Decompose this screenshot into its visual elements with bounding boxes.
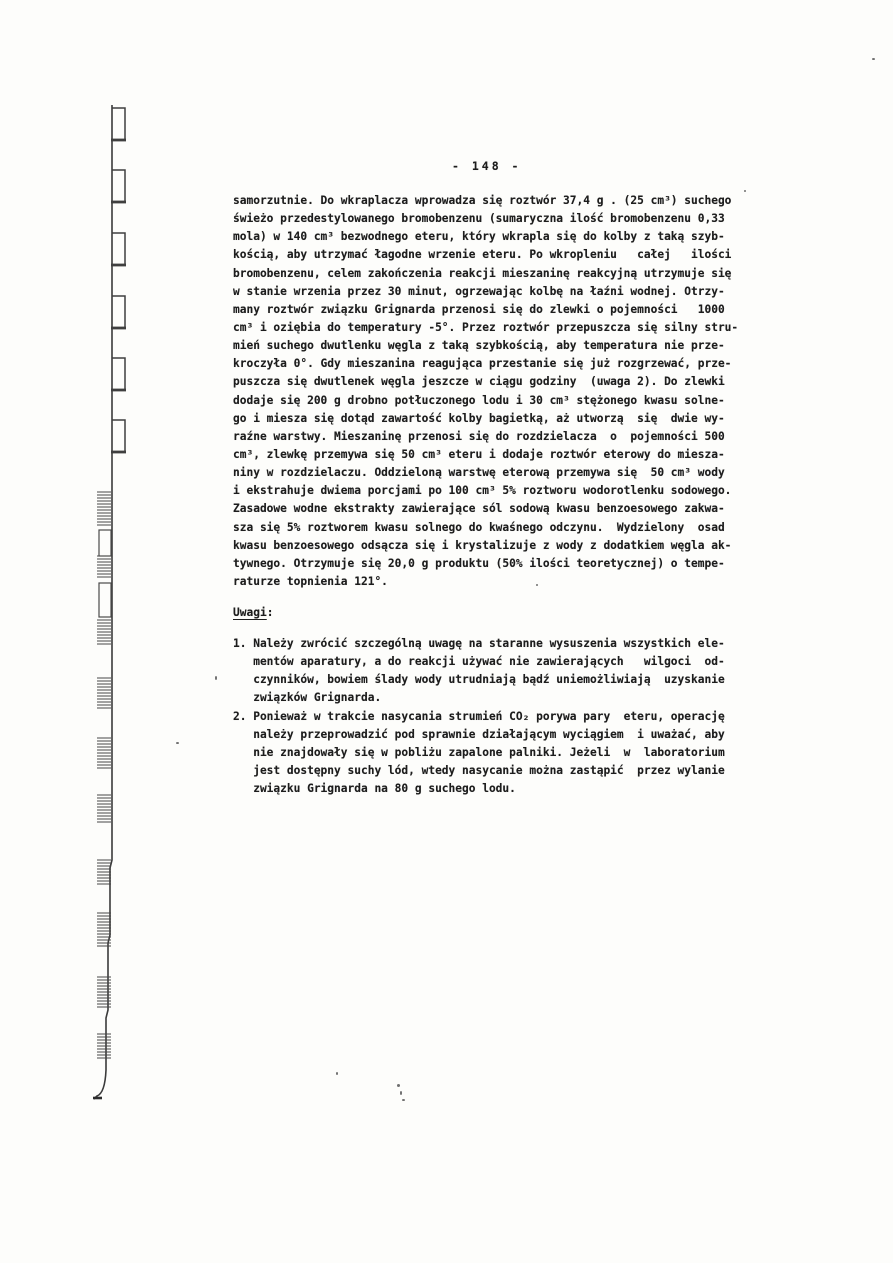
text-line: czynników, bowiem ślady wody utrudniają … <box>233 671 725 689</box>
text-line: mentów aparatury, a do reakcji używać ni… <box>233 653 725 671</box>
scanned-page: - 148 - samorzutnie. Do wkraplacza wprow… <box>0 0 893 1263</box>
text-line: niny w rozdzielaczu. Oddzieloną warstwę … <box>233 464 738 482</box>
text-line: sza się 5% roztworem kwasu solnego do kw… <box>233 519 738 537</box>
text-line: go i miesza się dotąd zawartość kolby ba… <box>233 410 738 428</box>
binding-edge <box>80 90 140 1120</box>
text-line: w stanie wrzenia przez 30 minut, ogrzewa… <box>233 283 738 301</box>
text-line: kroczyła 0°. Gdy mieszanina reagująca pr… <box>233 355 738 373</box>
text-line: cm³ i oziębia do temperatury -5°. Przez … <box>233 319 738 337</box>
notes-heading-colon: : <box>267 606 274 619</box>
main-paragraph: samorzutnie. Do wkraplacza wprowadza się… <box>233 192 738 591</box>
scan-speck <box>744 190 746 192</box>
scan-speck <box>400 1091 402 1095</box>
notes-heading-word: Uwagi <box>233 606 267 619</box>
text-line: kwasu benzoesowego odsącza się i krystal… <box>233 537 738 555</box>
text-line: i ekstrahuje dwiema porcjami po 100 cm³ … <box>233 482 738 500</box>
text-line: mola) w 140 cm³ bezwodnego eteru, który … <box>233 228 738 246</box>
text-line: 1. Należy zwrócić szczególną uwagę na st… <box>233 635 725 653</box>
scan-speck <box>336 1072 338 1075</box>
text-line: tywnego. Otrzymuje się 20,0 g produktu (… <box>233 555 738 573</box>
binding-marks-drawing <box>80 90 140 1120</box>
text-line: jest dostępny suchy lód, wtedy nasycanie… <box>233 762 725 780</box>
text-line: raturze topnienia 121°. <box>233 573 738 591</box>
text-line: mień suchego dwutlenku węgla z taką szyb… <box>233 337 738 355</box>
scan-speck <box>176 742 179 744</box>
text-line: samorzutnie. Do wkraplacza wprowadza się… <box>233 192 738 210</box>
text-line: związków Grignarda. <box>233 689 725 707</box>
text-line: dodaje się 200 g drobno potłuczonego lod… <box>233 392 738 410</box>
scan-speck <box>215 676 217 680</box>
text-line: Zasadowe wodne ekstrakty zawierające sól… <box>233 500 738 518</box>
scan-speck <box>402 1099 405 1101</box>
text-line: 2. Ponieważ w trakcie nasycania strumień… <box>233 708 725 726</box>
page-number: - 148 - <box>452 159 521 173</box>
text-line: należy przeprowadzić pod sprawnie działa… <box>233 726 725 744</box>
text-line: raźne warstwy. Mieszaninę przenosi się d… <box>233 428 738 446</box>
text-line: świeżo przedestylowanego bromobenzenu (s… <box>233 210 738 228</box>
text-line: związku Grignarda na 80 g suchego lodu. <box>233 780 725 798</box>
scan-speck <box>536 584 538 586</box>
text-line: many roztwór związku Grignarda przenosi … <box>233 301 738 319</box>
text-line: kością, aby utrzymać łagodne wrzenie ete… <box>233 246 738 264</box>
scan-speck <box>397 1084 400 1087</box>
text-line: nie znajdowały się w pobliżu zapalone pa… <box>233 744 725 762</box>
text-line: puszcza się dwutlenek węgla jeszcze w ci… <box>233 373 738 391</box>
text-line: bromobenzenu, celem zakończenia reakcji … <box>233 265 738 283</box>
text-line: cm³, zlewkę przemywa się 50 cm³ eteru i … <box>233 446 738 464</box>
notes-heading: Uwagi: <box>233 604 273 622</box>
scan-speck <box>872 58 875 60</box>
notes-list: 1. Należy zwrócić szczególną uwagę na st… <box>233 635 725 798</box>
